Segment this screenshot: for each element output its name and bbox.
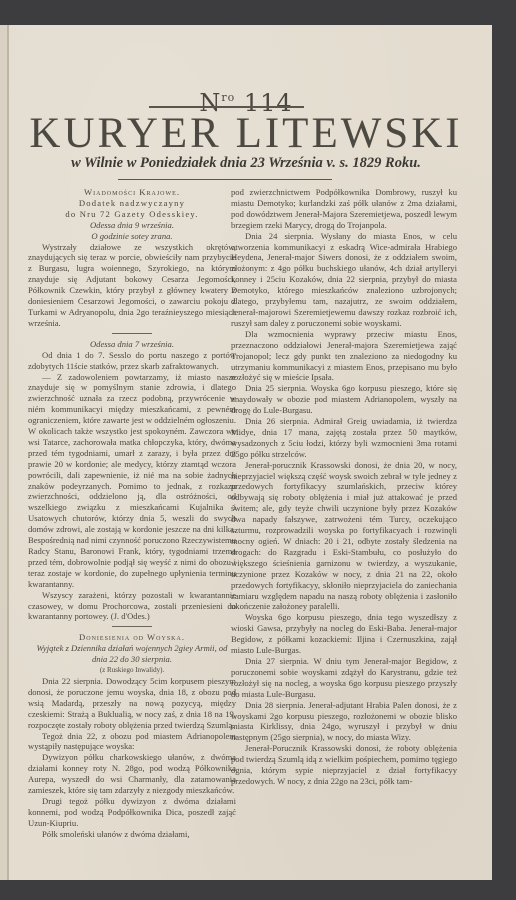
- article-paragraph: Jenerał-Porucznik Krassowski donosi, że …: [231, 743, 457, 787]
- place-date-odessa-9: Odessa dnia 9 września.: [28, 220, 236, 231]
- article-paragraph: Jenerał-porucznik Krassowski donosi, że …: [231, 460, 457, 613]
- supplement-heading: Dodatek nadzwyczayny: [28, 198, 236, 209]
- time-line: O godzinie sotey zrana.: [28, 231, 236, 242]
- article-paragraph: Dywizyon półku charkowskiego ułanów, z d…: [28, 752, 236, 796]
- dateline: w Wilnie w Poniedziałek dnia 23 Września…: [0, 155, 492, 172]
- section-heading-domestic-news: Wiadomości Krajowe.: [28, 187, 236, 198]
- newspaper-page: Nro 114 KURYER LITEWSKI w Wilnie w Ponie…: [0, 25, 492, 880]
- article-paragraph: Wystrzały działowe ze wszystkich okrętów…: [28, 242, 236, 329]
- excerpt-source: (z Ruskiego Inwalidy).: [28, 665, 236, 676]
- article-paragraph: Od dnia 1 do 7. Sesslo do portu naszego …: [28, 350, 236, 372]
- article-paragraph: pod zwierzchnictwem Podpółkownika Dombro…: [231, 187, 457, 231]
- article-paragraph: Półk smoleński ułanów z dwóma działami,: [28, 829, 236, 840]
- article-divider: [112, 333, 152, 334]
- masthead-rule-top: [149, 106, 304, 108]
- article-paragraph: Dnia 27 sierpnia. W dniu tym Jenerał-maj…: [231, 656, 457, 700]
- article-paragraph: Dnia 24 sierpnia. Wysłany do miasta Enos…: [231, 231, 457, 329]
- article-paragraph: Dla wzmocnienia wyprawy przeciw miastu E…: [231, 329, 457, 384]
- article-divider: [112, 626, 152, 627]
- article-paragraph: Tegoż dnia 22, z obozu pod miastem Adria…: [28, 731, 236, 753]
- supplement-subheading: do Nru 72 Gazety Odesskiey.: [28, 209, 236, 220]
- section-heading-army-news: Doniesienia od Woyska.: [28, 632, 236, 643]
- left-column: Wiadomości Krajowe. Dodatek nadzwyczayny…: [28, 187, 236, 840]
- issue-number-sup: ro: [221, 91, 235, 104]
- excerpt-title: Wyjątek z Dziennika działań wojennych 2g…: [28, 643, 236, 665]
- article-paragraph: — Z zadowoleniem powtarzamy, iż miasto n…: [28, 372, 236, 590]
- article-paragraph: Drugi tegoż półku dywizyon z dwóma dział…: [28, 796, 236, 829]
- article-paragraph: Woyska 6go korpusu pieszego, dnia tego w…: [231, 612, 457, 656]
- article-paragraph: Dnia 22 sierpnia. Dowodzący 5cim korpuse…: [28, 676, 236, 731]
- article-paragraph: Wszyscy zarażeni, którzy pozostali w kwa…: [28, 590, 236, 623]
- masthead-rule-bottom: [118, 179, 332, 180]
- article-paragraph: Dnia 25 sierpnia. Woyska 6go korpusu pie…: [231, 383, 457, 416]
- right-column: pod zwierzchnictwem Podpółkownika Dombro…: [231, 187, 457, 787]
- article-paragraph: Dnia 26 sierpnia. Admirał Greig uwiadami…: [231, 416, 457, 460]
- place-date-odessa-7: Odessa dnia 7 września.: [28, 339, 236, 350]
- article-paragraph: Dnia 28 sierpnia. Jenerał-adjutant Hrabi…: [231, 700, 457, 744]
- newspaper-title: KURYER LITEWSKI: [0, 112, 492, 155]
